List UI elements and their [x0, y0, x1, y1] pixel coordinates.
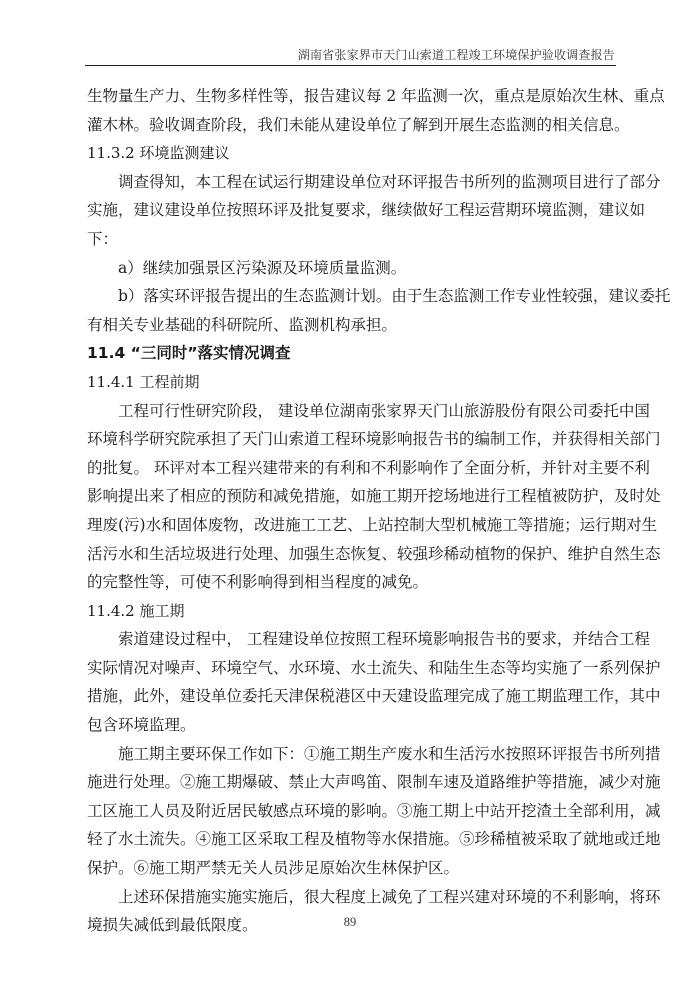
paragraph-line: 索道建设过程中， 工程建设单位按照工程环境影响报告书的要求，并结合工程 — [87, 625, 615, 654]
paragraph-line: 活污水和生活垃圾进行处理、加强生态恢复、较强珍稀动植物的保护、维护自然生态 — [87, 540, 615, 569]
paragraph-line: 调查得知，本工程在试运行期建设单位对环评报告书所列的监测项目进行了部分 — [87, 168, 615, 197]
paragraph-line: 的批复。 环评对本工程兴建带来的有利和不利影响作了全面分析，并针对主要不利 — [87, 454, 615, 483]
list-item-a: a）继续加强景区污染源及环境质量监测。 — [87, 254, 615, 283]
page-number: 89 — [0, 915, 700, 930]
paragraph-line: 工区施工人员及附近居民敏感点环境的影响。③施工期上中站开挖渣土全部利用，减 — [87, 797, 615, 826]
running-header: 湖南省张家界市天门山索道工程竣工环境保护验收调查报告 — [85, 47, 615, 65]
paragraph-line: 的完整性等，可使不利影响得到相当程度的减免。 — [87, 568, 615, 597]
section-heading-11-4-2: 11.4.2 施工期 — [87, 597, 615, 626]
section-heading-11-4-1: 11.4.1 工程前期 — [87, 368, 615, 397]
section-heading-11-3-2: 11.3.2 环境监测建议 — [87, 139, 615, 168]
paragraph-line: 工程可行性研究阶段， 建设单位湖南张家界天门山旅游股份有限公司委托中国 — [87, 397, 615, 426]
paragraph-line: 轻了水土流失。④施工区采取工程及植物等水保措施。⑤珍稀植被采取了就地或迁地 — [87, 825, 615, 854]
paragraph-line: 理废(污)水和固体废物，改进施工工艺、上站控制大型机械施工等措施；运行期对生 — [87, 511, 615, 540]
paragraph-line: 实施，建议建设单位按照环评及批复要求，继续做好工程运营期环境监测，建议如 — [87, 196, 615, 225]
paragraph-line: 环境科学研究院承担了天门山索道工程环境影响报告书的编制工作，并获得相关部门 — [87, 425, 615, 454]
paragraph-line: 施进行处理。②施工期爆破、禁止大声鸣笛、限制车速及道路维护等措施，减少对施 — [87, 768, 615, 797]
paragraph-line: 生物量生产力、生物多样性等，报告建议每 2 年监测一次，重点是原始次生林、重点 — [87, 82, 615, 111]
paragraph-line: 影响提出来了相应的预防和减免措施，如施工期开挖场地进行工程植被防护，及时处 — [87, 482, 615, 511]
paragraph-line: 实际情况对噪声、环境空气、水环境、水土流失、和陆生生态等均实施了一系列保护 — [87, 654, 615, 683]
header-divider — [85, 65, 616, 66]
paragraph-line: 有相关专业基础的科研院所、监测机构承担。 — [87, 311, 615, 340]
section-heading-11-4: 11.4 “三同时”落实情况调查 — [87, 339, 615, 368]
paragraph-line: 上述环保措施实施实施后，很大程度上减免了工程兴建对环境的不利影响，将环 — [87, 883, 615, 912]
paragraph-line: 施工期主要环保工作如下：①施工期生产废水和生活污水按照环评报告书所列措 — [87, 740, 615, 769]
paragraph-line: 下： — [87, 225, 615, 254]
paragraph-line: 包含环境监理。 — [87, 711, 615, 740]
page-body: 生物量生产力、生物多样性等，报告建议每 2 年监测一次，重点是原始次生林、重点 … — [87, 82, 615, 940]
list-item-b: b）落实环评报告提出的生态监测计划。由于生态监测工作专业性较强，建议委托 — [87, 282, 615, 311]
paragraph-line: 灌木林。验收调查阶段，我们未能从建设单位了解到开展生态监测的相关信息。 — [87, 111, 615, 140]
paragraph-line: 措施，此外，建设单位委托天津保税港区中天建设监理完成了施工期监理工作，其中 — [87, 682, 615, 711]
paragraph-line: 保护。⑥施工期严禁无关人员涉足原始次生林保护区。 — [87, 854, 615, 883]
